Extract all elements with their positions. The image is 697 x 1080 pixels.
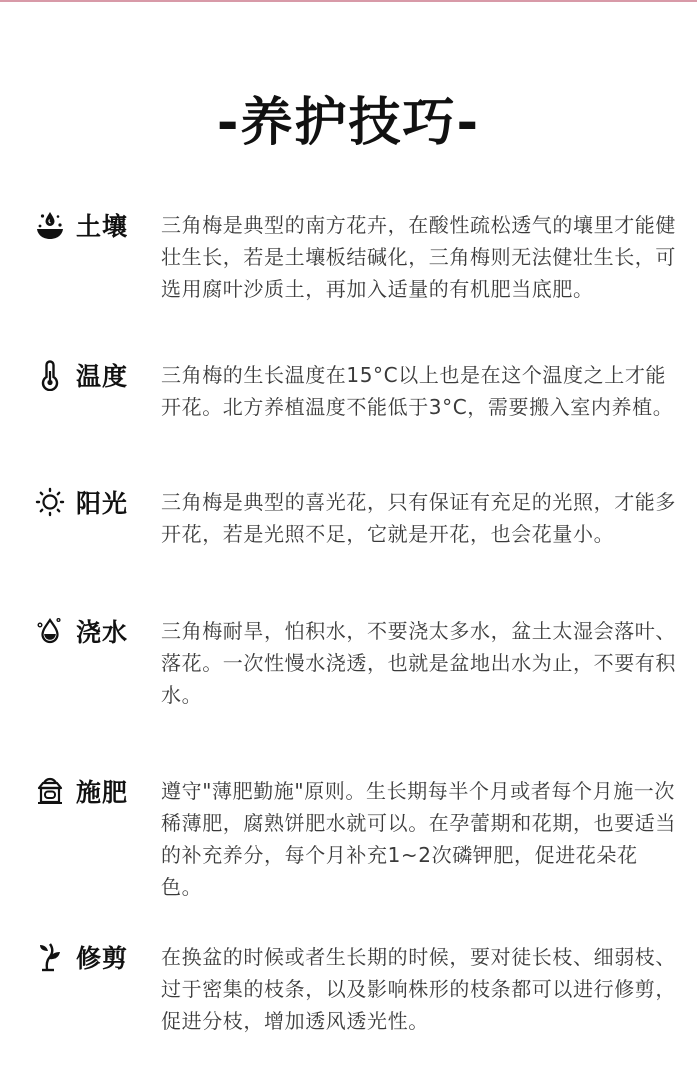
section-label: 修剪 <box>34 941 128 973</box>
soil-icon <box>34 209 70 241</box>
section-description: 三角梅的生长温度在15°C以上也是在这个温度之上才能开花。北方养植温度不能低于3… <box>161 359 676 423</box>
section-label-text: 浇水 <box>76 613 128 649</box>
section-description: 遵守"薄肥勤施"原则。生长期每半个月或者每个月施一次稀薄肥，腐熟饼肥水就可以。在… <box>161 775 676 903</box>
section-description: 三角梅是典型的南方花卉，在酸性疏松透气的壤里才能健壮生长，若是土壤板结碱化，三角… <box>161 209 676 305</box>
sun-icon <box>34 486 70 518</box>
section-label: 土壤 <box>34 209 128 241</box>
section-label-text: 修剪 <box>76 939 128 975</box>
section-label-text: 土壤 <box>76 207 128 243</box>
section-label: 温度 <box>34 359 128 391</box>
top-accent-rule <box>0 0 697 2</box>
water-drop-icon <box>34 615 70 647</box>
section-label-text: 施肥 <box>76 773 128 809</box>
sprout-icon <box>34 941 70 973</box>
section-label-text: 阳光 <box>76 484 128 520</box>
thermometer-icon <box>34 359 70 391</box>
section-label: 阳光 <box>34 486 128 518</box>
section-label: 浇水 <box>34 615 128 647</box>
page-title: -养护技巧- <box>0 88 697 158</box>
section-description: 在换盆的时候或者生长期的时候，要对徒长枝、细弱枝、过于密集的枝条，以及影响株形的… <box>161 941 676 1037</box>
section-label: 施肥 <box>34 775 128 807</box>
section-description: 三角梅耐旱，怕积水，不要浇太多水，盆土太湿会落叶、落花。一次性慢水浇透，也就是盆… <box>161 615 676 711</box>
section-description: 三角梅是典型的喜光花，只有保证有充足的光照，才能多开花，若是光照不足，它就是开花… <box>161 486 676 550</box>
fertilizer-bag-icon <box>34 775 70 807</box>
section-label-text: 温度 <box>76 357 128 393</box>
